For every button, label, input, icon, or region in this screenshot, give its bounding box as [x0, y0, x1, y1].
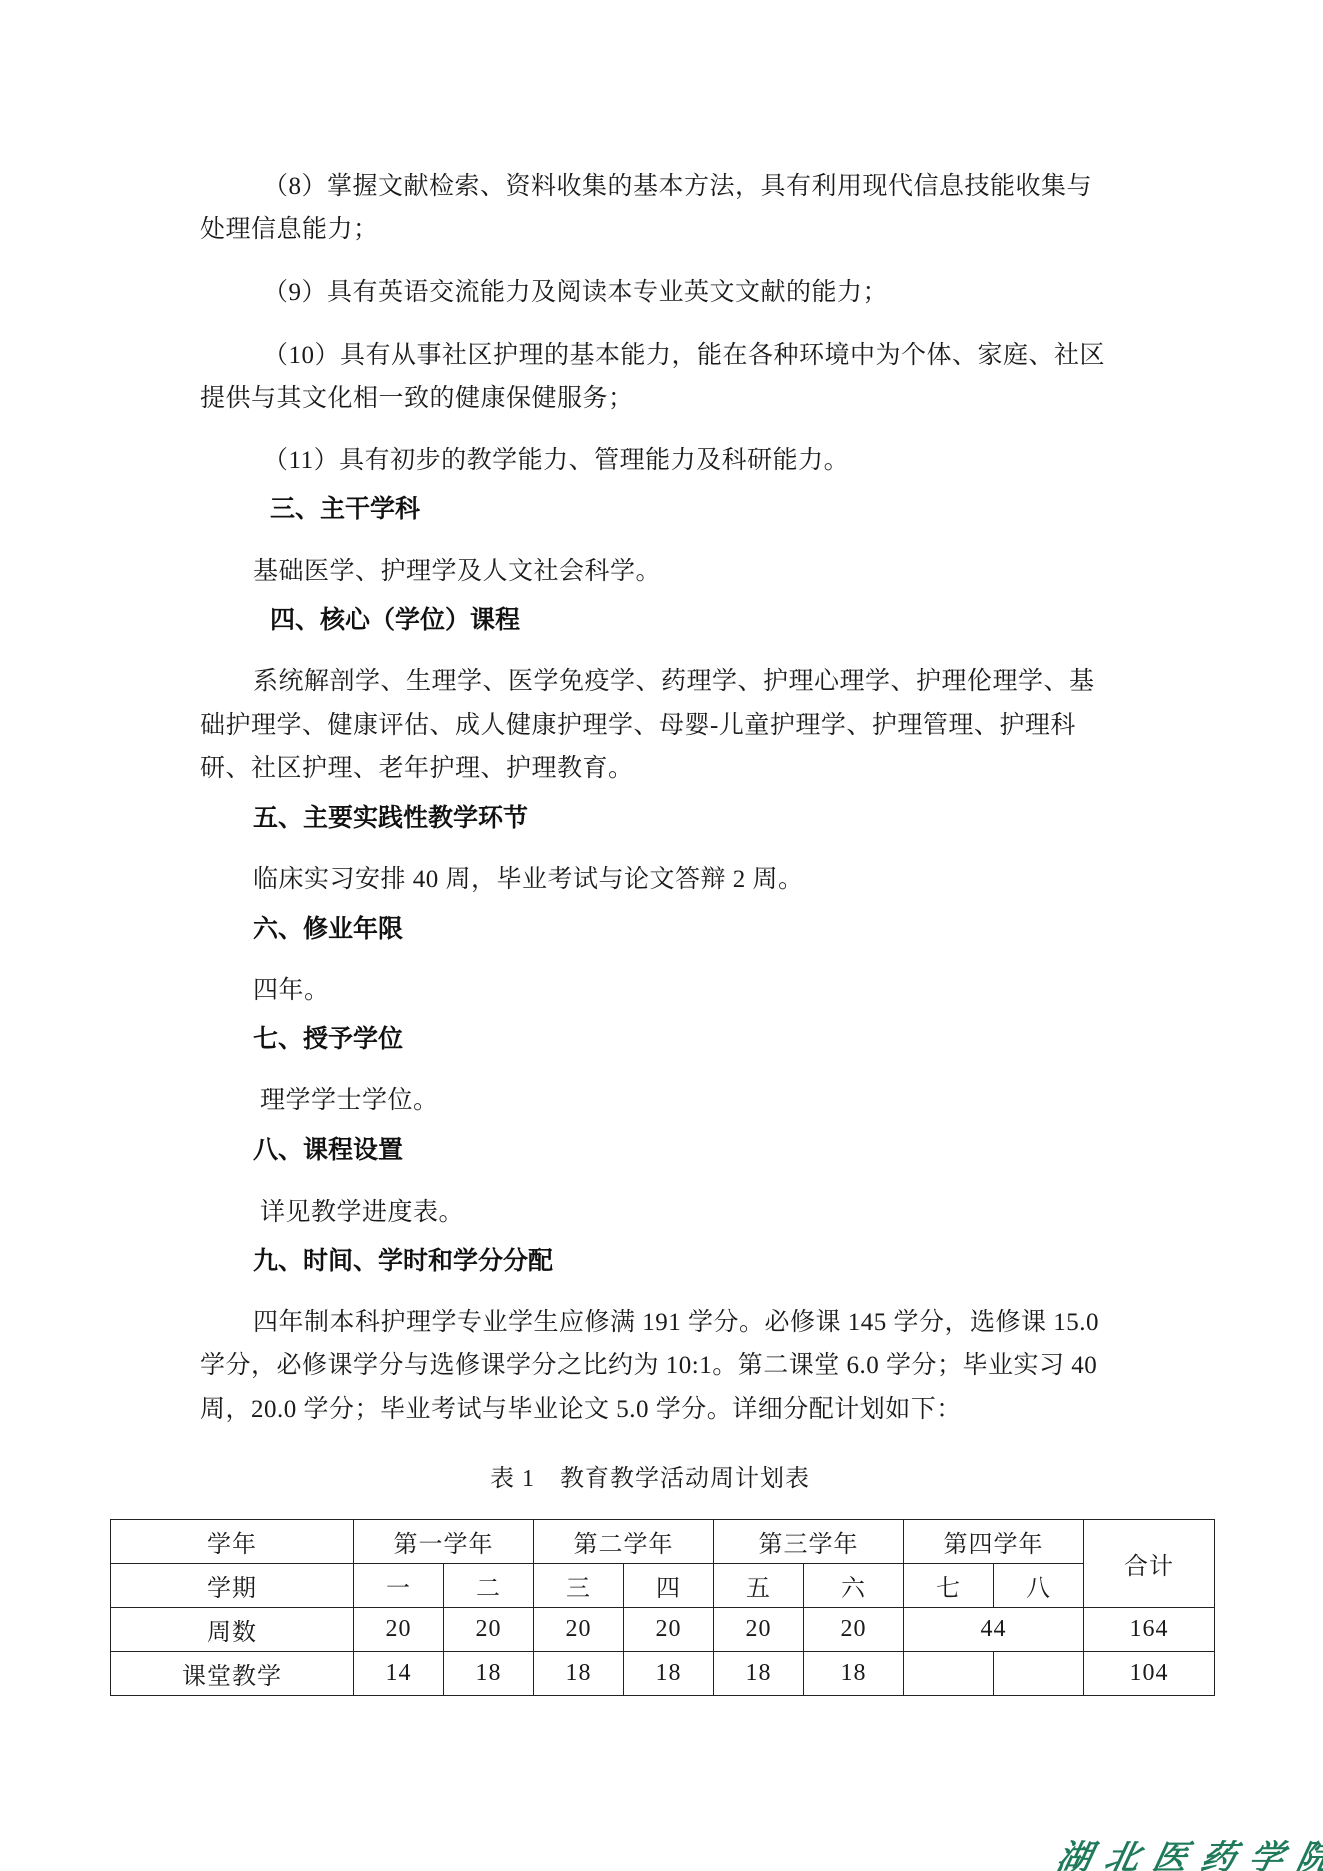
semester-2: 二: [444, 1564, 534, 1608]
semester-8: 八: [994, 1564, 1084, 1608]
row-label-semester: 学期: [111, 1564, 354, 1608]
table-row-weeks: 周数 20 20 20 20 20 20 44 164: [111, 1608, 1215, 1652]
ability-item-10-line2: 提供与其文化相一致的健康保健服务；: [200, 382, 634, 416]
classroom-s7: [904, 1652, 994, 1696]
table-row-academic-year: 学年 第一学年 第二学年 第三学年 第四学年 合计: [111, 1520, 1215, 1564]
section-body-duration: 四年。: [253, 974, 330, 1008]
section-heading-duration: 六、修业年限: [253, 912, 403, 946]
weeks-s4: 20: [624, 1608, 714, 1652]
row-label-academic-year: 学年: [111, 1520, 354, 1564]
section-body-main-disciplines: 基础医学、护理学及人文社会科学。: [253, 555, 661, 589]
weeks-s5: 20: [714, 1608, 804, 1652]
section-heading-core-courses: 四、核心（学位）课程: [270, 603, 520, 637]
section-heading-time-credits: 九、时间、学时和学分分配: [253, 1244, 553, 1278]
ability-item-9: （9）具有英语交流能力及阅读本专业英文文献的能力；: [263, 276, 888, 310]
semester-7: 七: [904, 1564, 994, 1608]
year-2-header: 第二学年: [534, 1520, 714, 1564]
section-body-curriculum: 详见教学进度表。: [260, 1196, 464, 1230]
section-body-time-credits-line3: 周，20.0 学分；毕业考试与毕业论文 5.0 学分。详细分配计划如下：: [200, 1393, 962, 1427]
weekly-plan-table: 学年 第一学年 第二学年 第三学年 第四学年 合计 学期 一 二 三 四 五 六…: [110, 1519, 1215, 1696]
section-heading-curriculum: 八、课程设置: [253, 1133, 403, 1167]
year-3-header: 第三学年: [714, 1520, 904, 1564]
ability-item-8-line2: 处理信息能力；: [200, 213, 379, 247]
section-body-practice: 临床实习安排 40 周，毕业考试与论文答辩 2 周。: [253, 863, 804, 897]
section-body-core-courses-line2: 础护理学、健康评估、成人健康护理学、母婴-儿童护理学、护理管理、护理科: [200, 709, 1076, 743]
year-4-header: 第四学年: [904, 1520, 1084, 1564]
table-row-classroom: 课堂教学 14 18 18 18 18 18 104: [111, 1652, 1215, 1696]
classroom-s5: 18: [714, 1652, 804, 1696]
section-body-core-courses-line1: 系统解剖学、生理学、医学免疫学、药理学、护理心理学、护理伦理学、基: [253, 665, 1095, 699]
classroom-s1: 14: [354, 1652, 444, 1696]
classroom-total: 104: [1084, 1652, 1215, 1696]
table-row-semester: 学期 一 二 三 四 五 六 七 八: [111, 1564, 1215, 1608]
weeks-total: 164: [1084, 1608, 1215, 1652]
section-body-degree: 理学学士学位。: [260, 1084, 439, 1118]
row-label-weeks: 周数: [111, 1608, 354, 1652]
ability-item-11: （11）具有初步的教学能力、管理能力及科研能力。: [263, 444, 849, 478]
section-heading-main-disciplines: 三、主干学科: [270, 492, 420, 526]
weeks-s1: 20: [354, 1608, 444, 1652]
row-label-classroom: 课堂教学: [111, 1652, 354, 1696]
semester-6: 六: [804, 1564, 904, 1608]
section-heading-degree: 七、授予学位: [253, 1022, 403, 1056]
weeks-s6: 20: [804, 1608, 904, 1652]
semester-5: 五: [714, 1564, 804, 1608]
weeks-s3: 20: [534, 1608, 624, 1652]
year-1-header: 第一学年: [354, 1520, 534, 1564]
weeks-year4: 44: [904, 1608, 1084, 1652]
classroom-s6: 18: [804, 1652, 904, 1696]
classroom-s4: 18: [624, 1652, 714, 1696]
weeks-s2: 20: [444, 1608, 534, 1652]
table-caption: 表 1 教育教学活动周计划表: [490, 1463, 810, 1495]
section-body-time-credits-line2: 学分，必修课学分与选修课学分之比约为 10:1。第二课堂 6.0 学分；毕业实习…: [200, 1349, 1097, 1383]
ability-item-8-line1: （8）掌握文献检索、资料收集的基本方法，具有利用现代信息技能收集与: [263, 170, 1092, 204]
classroom-s3: 18: [534, 1652, 624, 1696]
semester-1: 一: [354, 1564, 444, 1608]
classroom-s8: [994, 1652, 1084, 1696]
section-heading-practice: 五、主要实践性教学环节: [253, 801, 528, 835]
section-body-time-credits-line1: 四年制本科护理学专业学生应修满 191 学分。必修课 145 学分，选修课 15…: [253, 1306, 1099, 1340]
semester-4: 四: [624, 1564, 714, 1608]
institution-logo: 湖北医药学院: [1053, 1830, 1323, 1871]
section-body-core-courses-line3: 研、社区护理、老年护理、护理教育。: [200, 752, 634, 786]
semester-3: 三: [534, 1564, 624, 1608]
classroom-s2: 18: [444, 1652, 534, 1696]
total-header: 合计: [1084, 1520, 1215, 1608]
ability-item-10-line1: （10）具有从事社区护理的基本能力，能在各种环境中为个体、家庭、社区: [263, 339, 1105, 373]
